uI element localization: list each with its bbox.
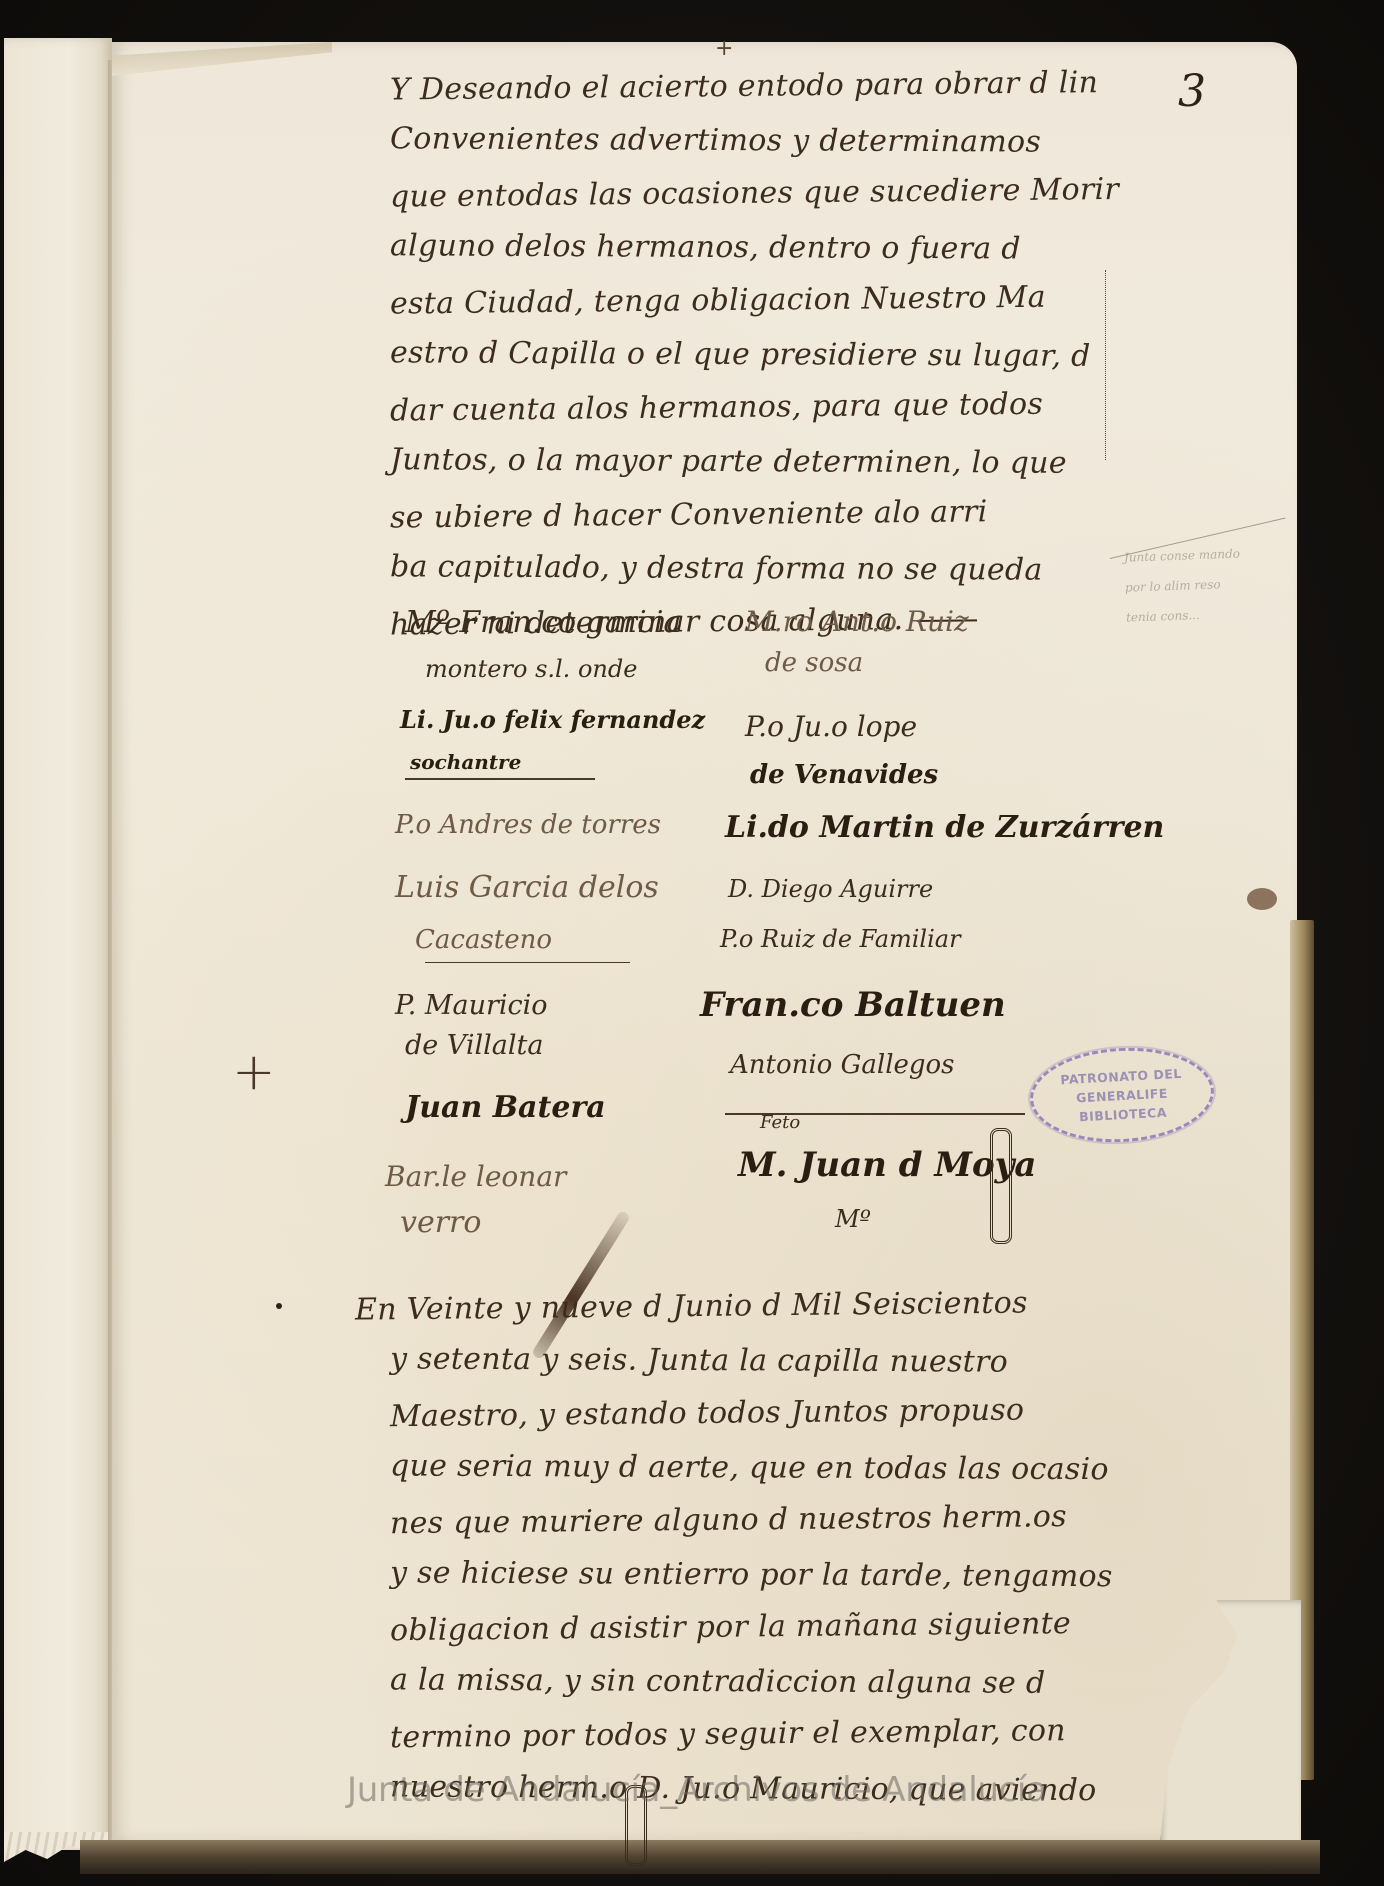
manuscript-scan: Junta conse mando por lo alim reso tenia…: [0, 0, 1384, 1886]
signature-right-2: de sosa: [765, 648, 863, 678]
signature-underline: [425, 962, 630, 963]
text-line: que entodas las ocasiones que sucediere …: [390, 163, 1071, 224]
signature-underline: [405, 778, 595, 780]
signature-right-8: Fran.co Baltuen: [700, 985, 1006, 1025]
signature-left-8: P. Mauricio: [395, 990, 548, 1021]
page-top-fold: [112, 42, 332, 76]
signature-right-7: P.o Ruiz de Familiar: [720, 925, 961, 953]
text-line: a la missa, y sin contradiccion alguna s…: [355, 1653, 1035, 1710]
margin-dot: [276, 1303, 282, 1309]
signature-right-1: M.ro Ant.o Ruiz: [745, 605, 969, 638]
left-flap-leaf: [4, 38, 112, 1850]
archive-watermark: Junta de Andalucía_Archivos de Andalucía: [347, 1770, 1047, 1810]
text-line: Convenientes advertimos y determinamos: [390, 112, 1070, 169]
text-line: que seria muy d aerte, que en todas las …: [355, 1439, 1035, 1496]
text-line: y se hiciese su entierro por la tarde, t…: [355, 1546, 1035, 1603]
signature-right-9: Antonio Gallegos: [730, 1050, 955, 1080]
text-line: y setenta y seis. Junta la capilla nuest…: [355, 1332, 1035, 1389]
signature-left-1: Mº Fran.co garcia: [405, 605, 681, 640]
text-line: Juntos, o la mayor parte determinen, lo …: [390, 433, 1070, 490]
text-line: estro d Capilla o el que presidiere su l…: [390, 326, 1070, 383]
signature-right-3: P.o Ju.o lope: [745, 710, 917, 743]
faint-margin-note: Junta conse mando por lo alim reso tenia…: [1123, 537, 1276, 632]
text-line: se ubiere d hacer Conveniente alo arri: [390, 484, 1071, 545]
signature-left-9: de Villalta: [405, 1030, 543, 1061]
signature-left-5: P.o Andres de torres: [395, 810, 661, 840]
signature-right-10: Feto: [760, 1112, 800, 1133]
ink-blot: [1247, 888, 1277, 910]
signature-right-5: Li.do Martin de Zurzárren: [725, 810, 1164, 845]
stamp-line: BIBLIOTECA: [1079, 1102, 1168, 1126]
text-line: Maestro, y estando todos Juntos propuso: [355, 1383, 1036, 1444]
signature-rubric-knot: [990, 1128, 1012, 1244]
folio-number: 3: [1178, 66, 1206, 117]
signature-right-12: Mº: [835, 1205, 871, 1233]
signature-right-6: D. Diego Aguirre: [728, 875, 933, 903]
text-line: dar cuenta alos hermanos, para que todos: [390, 377, 1071, 438]
signature-left-12: verro: [400, 1205, 481, 1240]
paragraph-1: Y Deseando el acierto entodo para obrar …: [390, 60, 1070, 649]
text-line: En Veinte y nueve d Junio d Mil Seiscien…: [355, 1276, 1036, 1337]
book-bottom-edge: [80, 1840, 1320, 1874]
top-cross-mark: +: [715, 36, 733, 61]
signature-left-3: Li. Ju.o felix fernandez: [400, 705, 705, 734]
signature-left-10: Juan Batera: [405, 1090, 606, 1125]
margin-cross-mark: +: [232, 1042, 276, 1102]
text-line: esta Ciudad, tenga obligacion Nuestro Ma: [390, 270, 1071, 331]
signature-left-4: sochantre: [410, 750, 521, 774]
text-line: nes que muriere alguno d nuestros herm.o…: [355, 1490, 1036, 1551]
text-line: obligacion d asistir por la mañana sigui…: [355, 1597, 1036, 1658]
text-line: ba capitulado, y destra forma no se qued…: [390, 540, 1070, 597]
paragraph-2: En Veinte y nueve d Junio d Mil Seiscien…: [355, 1280, 1035, 1815]
margin-bracket: [1105, 270, 1108, 460]
signature-left-7: Cacasteno: [415, 925, 552, 955]
text-line: termino por todos y seguir el exemplar, …: [355, 1704, 1036, 1765]
signature-left-11: Bar.le leonar: [385, 1160, 566, 1193]
text-line: alguno delos hermanos, dentro o fuera d: [390, 219, 1070, 276]
signature-left-6: Luis Garcia delos: [395, 870, 659, 905]
text-line: Y Deseando el acierto entodo para obrar …: [390, 56, 1071, 117]
signature-right-4: de Venavides: [750, 760, 938, 790]
margin-note-line: tenia cons...: [1126, 597, 1277, 632]
signature-left-2: montero s.l. onde: [425, 655, 637, 683]
